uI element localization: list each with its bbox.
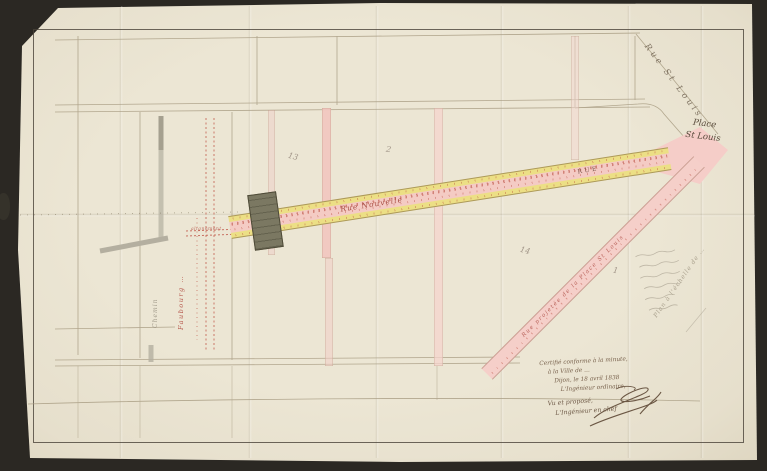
faubourg-street-label: Faubourg …	[177, 232, 185, 330]
certification-note: Certifié conforme à la minute, à la Vill…	[539, 354, 659, 396]
ink-and-pencil-marks	[0, 0, 767, 471]
scanned-plan-photo: Rue Nouvelle RUE Rue projetée de la Plac…	[0, 0, 767, 471]
alignment-note-label: alignement	[191, 227, 222, 232]
old-road-label: Chemin	[152, 284, 159, 328]
place-st-louis-label: Place St Louis	[685, 116, 723, 146]
